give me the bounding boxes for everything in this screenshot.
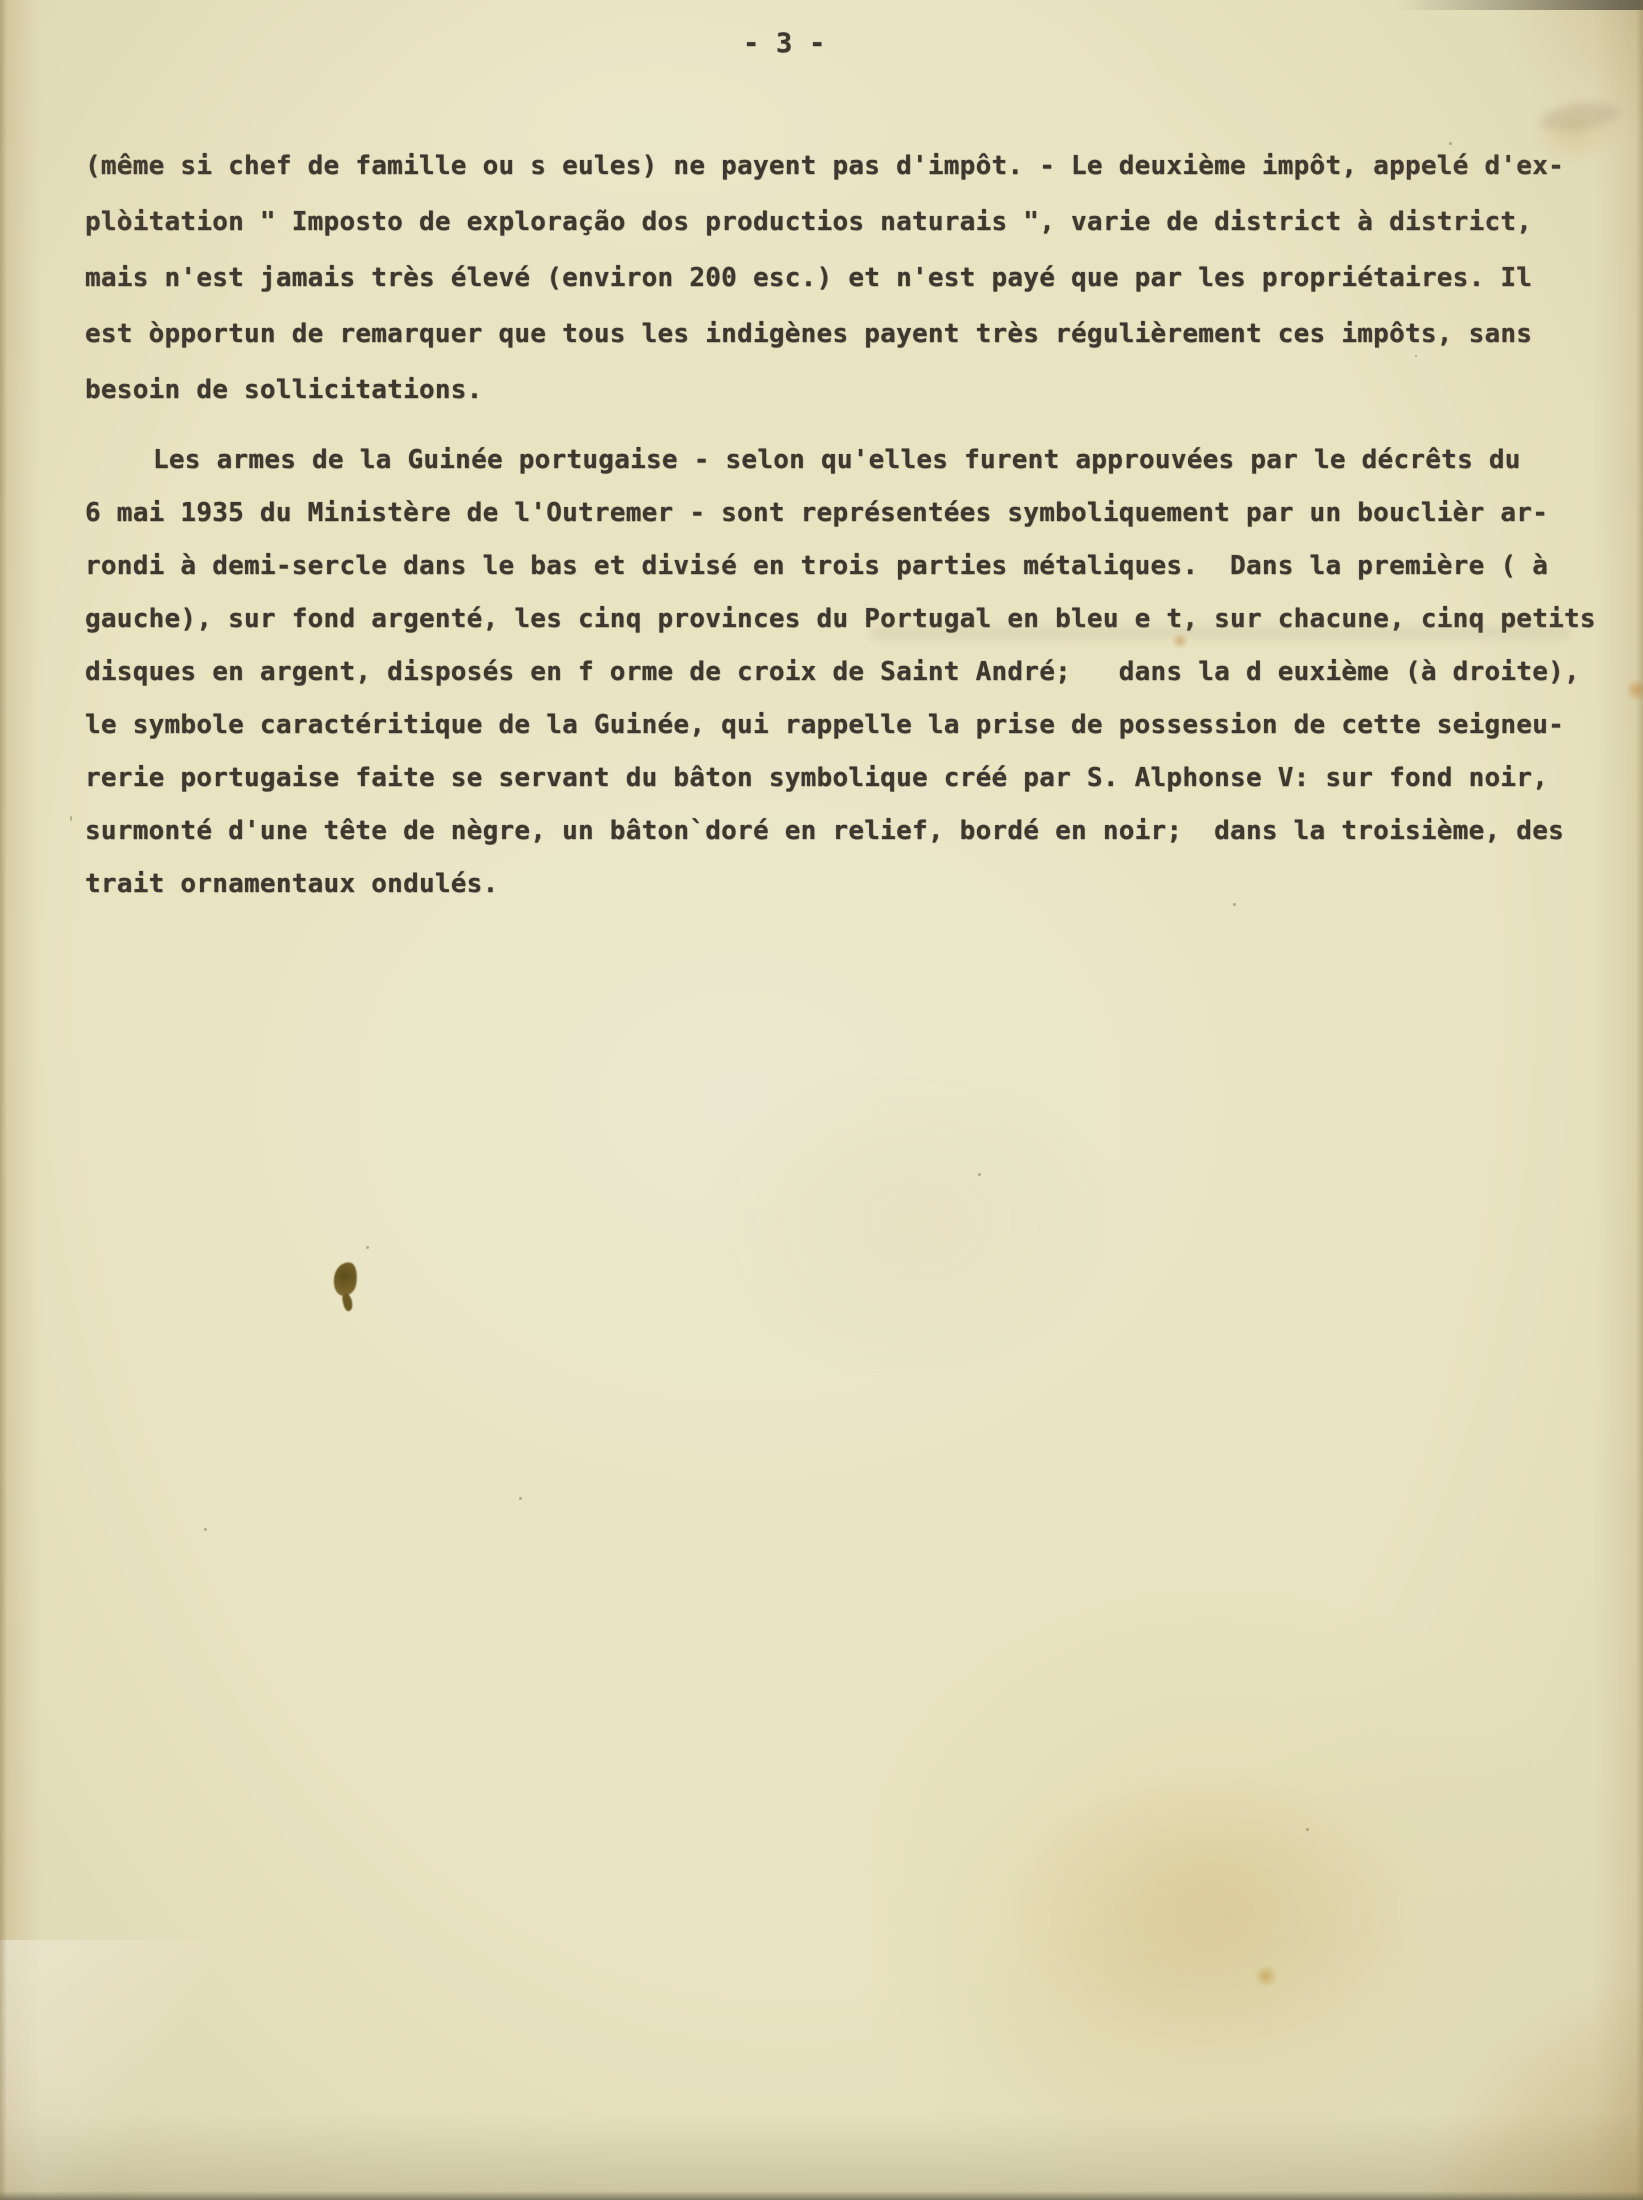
dust-speck (1449, 142, 1452, 145)
scan-edge-top (1398, 0, 1643, 10)
pencil-smudge (1539, 99, 1622, 136)
paragraph-taxes: (même si chef de famille ou s eules) ne … (85, 138, 1615, 418)
dust-speck (366, 1246, 369, 1249)
ink-blot-stain-tail (341, 1292, 355, 1312)
dust-speck (1415, 355, 1417, 357)
typed-line: disques en argent, disposés en f orme de… (85, 646, 1615, 699)
dust-speck (978, 1173, 981, 1176)
typed-line: trait ornamentaux ondulés. (85, 858, 1615, 911)
fold-highlight-bottom-left (0, 1940, 260, 2200)
scan-edge-bottom (0, 2191, 1643, 2200)
paper-mottling (700, 1060, 1120, 1380)
stray-mark (70, 816, 72, 821)
typed-line: Les armes de la Guinée portugaise - selo… (85, 434, 1615, 487)
dust-speck (1233, 903, 1236, 906)
typed-line: rerie portugaise faite se servant du bât… (85, 752, 1615, 805)
typed-line: mais n'est jamais très élevé (environ 20… (85, 250, 1615, 306)
scanned-document-page: - 3 - (même si chef de famille ou s eule… (0, 0, 1643, 2200)
paragraph-coat-of-arms: Les armes de la Guinée portugaise - selo… (85, 434, 1615, 911)
dust-speck (1306, 1828, 1309, 1831)
dust-speck (204, 1528, 207, 1531)
typed-line: est òpportun de remarquer que tous les i… (85, 306, 1615, 362)
fox-stain-bottom-right (1010, 1770, 1410, 2050)
typed-line: (même si chef de famille ou s eules) ne … (85, 138, 1615, 194)
typed-line: le symbole caractéritique de la Guinée, … (85, 699, 1615, 752)
typed-line: besoin de sollicitations. (85, 362, 1615, 418)
dust-speck (519, 1497, 522, 1500)
ink-bleed-through (870, 626, 1570, 640)
typed-line: rondi à demi-sercle dans le bas et divis… (85, 540, 1615, 593)
typed-line: plòitation " Imposto de exploração dos p… (85, 194, 1615, 250)
typed-line: surmonté d'une tête de nègre, un bâton`d… (85, 805, 1615, 858)
scan-edge-left (0, 0, 7, 2200)
fox-stain-dot (1255, 1966, 1277, 1986)
typed-line: 6 mai 1935 du Ministère de l'Outremer - … (85, 487, 1615, 540)
page-number: - 3 - (743, 28, 826, 59)
scan-edge-right (1636, 0, 1643, 2200)
